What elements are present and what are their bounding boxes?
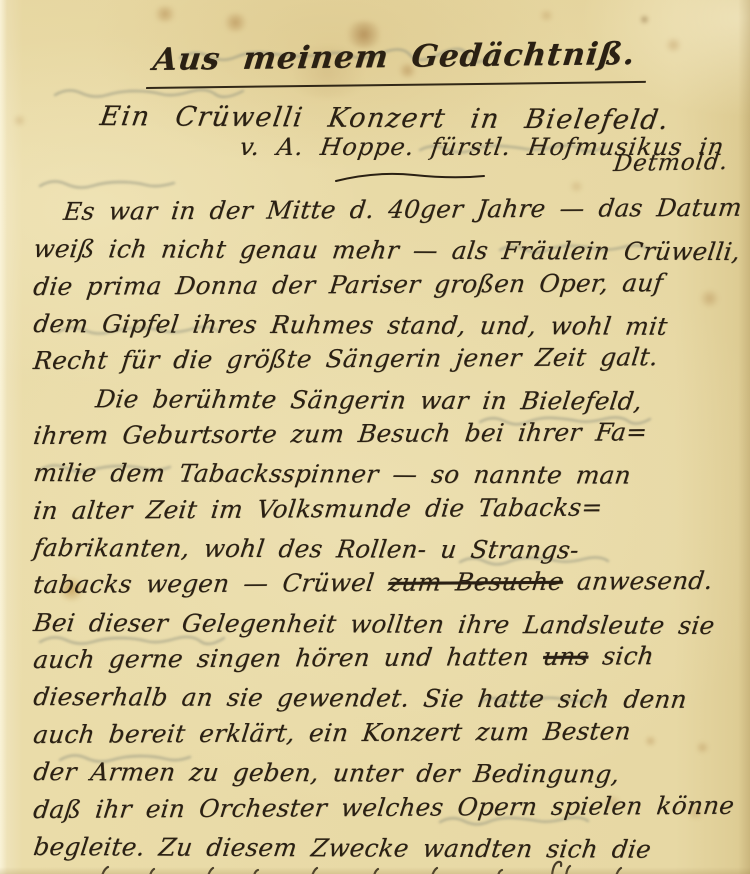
manuscript-line: ihrem Geburtsorte zum Besuch bei ihrer F… xyxy=(31,413,742,455)
line-segment: tabacks wegen — Crüwel xyxy=(32,568,390,599)
paper-edge-shadow xyxy=(0,867,750,874)
manuscript-page: Aus meinem Gedächtniß. Ein Crüwelli Konz… xyxy=(0,0,750,874)
manuscript-line: auch bereit erklärt, ein Konzert zum Bes… xyxy=(31,712,742,754)
manuscript-line: daß ihr ein Orchester welches Opern spie… xyxy=(31,786,742,828)
manuscript-line: Es war in der Mitte d. 40ger Jahre — das… xyxy=(31,189,742,231)
line-segment: anwesend. xyxy=(561,566,714,596)
manuscript-line: auch gerne singen hören und hatten uns s… xyxy=(31,637,742,679)
struck-out-words: zum Besuche xyxy=(387,567,565,597)
byline-place: Detmold. xyxy=(612,149,730,177)
manuscript-line: tabacks wegen — Crüwel zum Besuche anwes… xyxy=(31,562,742,604)
paper-edge-shadow xyxy=(738,0,750,874)
manuscript-line: in alter Zeit im Volksmunde die Tabacks= xyxy=(31,487,742,529)
manuscript-line: Recht für die größte Sängerin jener Zeit… xyxy=(31,338,742,380)
subtitle: Ein Crüwelli Konzert in Bielefeld. xyxy=(98,101,672,136)
flourish-rule xyxy=(334,169,486,185)
paper-edge-highlight xyxy=(0,0,7,874)
struck-out-words: uns xyxy=(542,642,591,671)
manuscript-line: die prima Donna der Pariser großen Oper,… xyxy=(31,263,742,305)
manuscript-body: Es war in der Mitte d. 40ger Jahre — das… xyxy=(32,193,738,865)
line-segment: sich xyxy=(587,641,656,670)
page-title: Aus meinem Gedächtniß. xyxy=(146,36,651,89)
line-segment: auch gerne singen hören und hatten xyxy=(32,642,545,674)
